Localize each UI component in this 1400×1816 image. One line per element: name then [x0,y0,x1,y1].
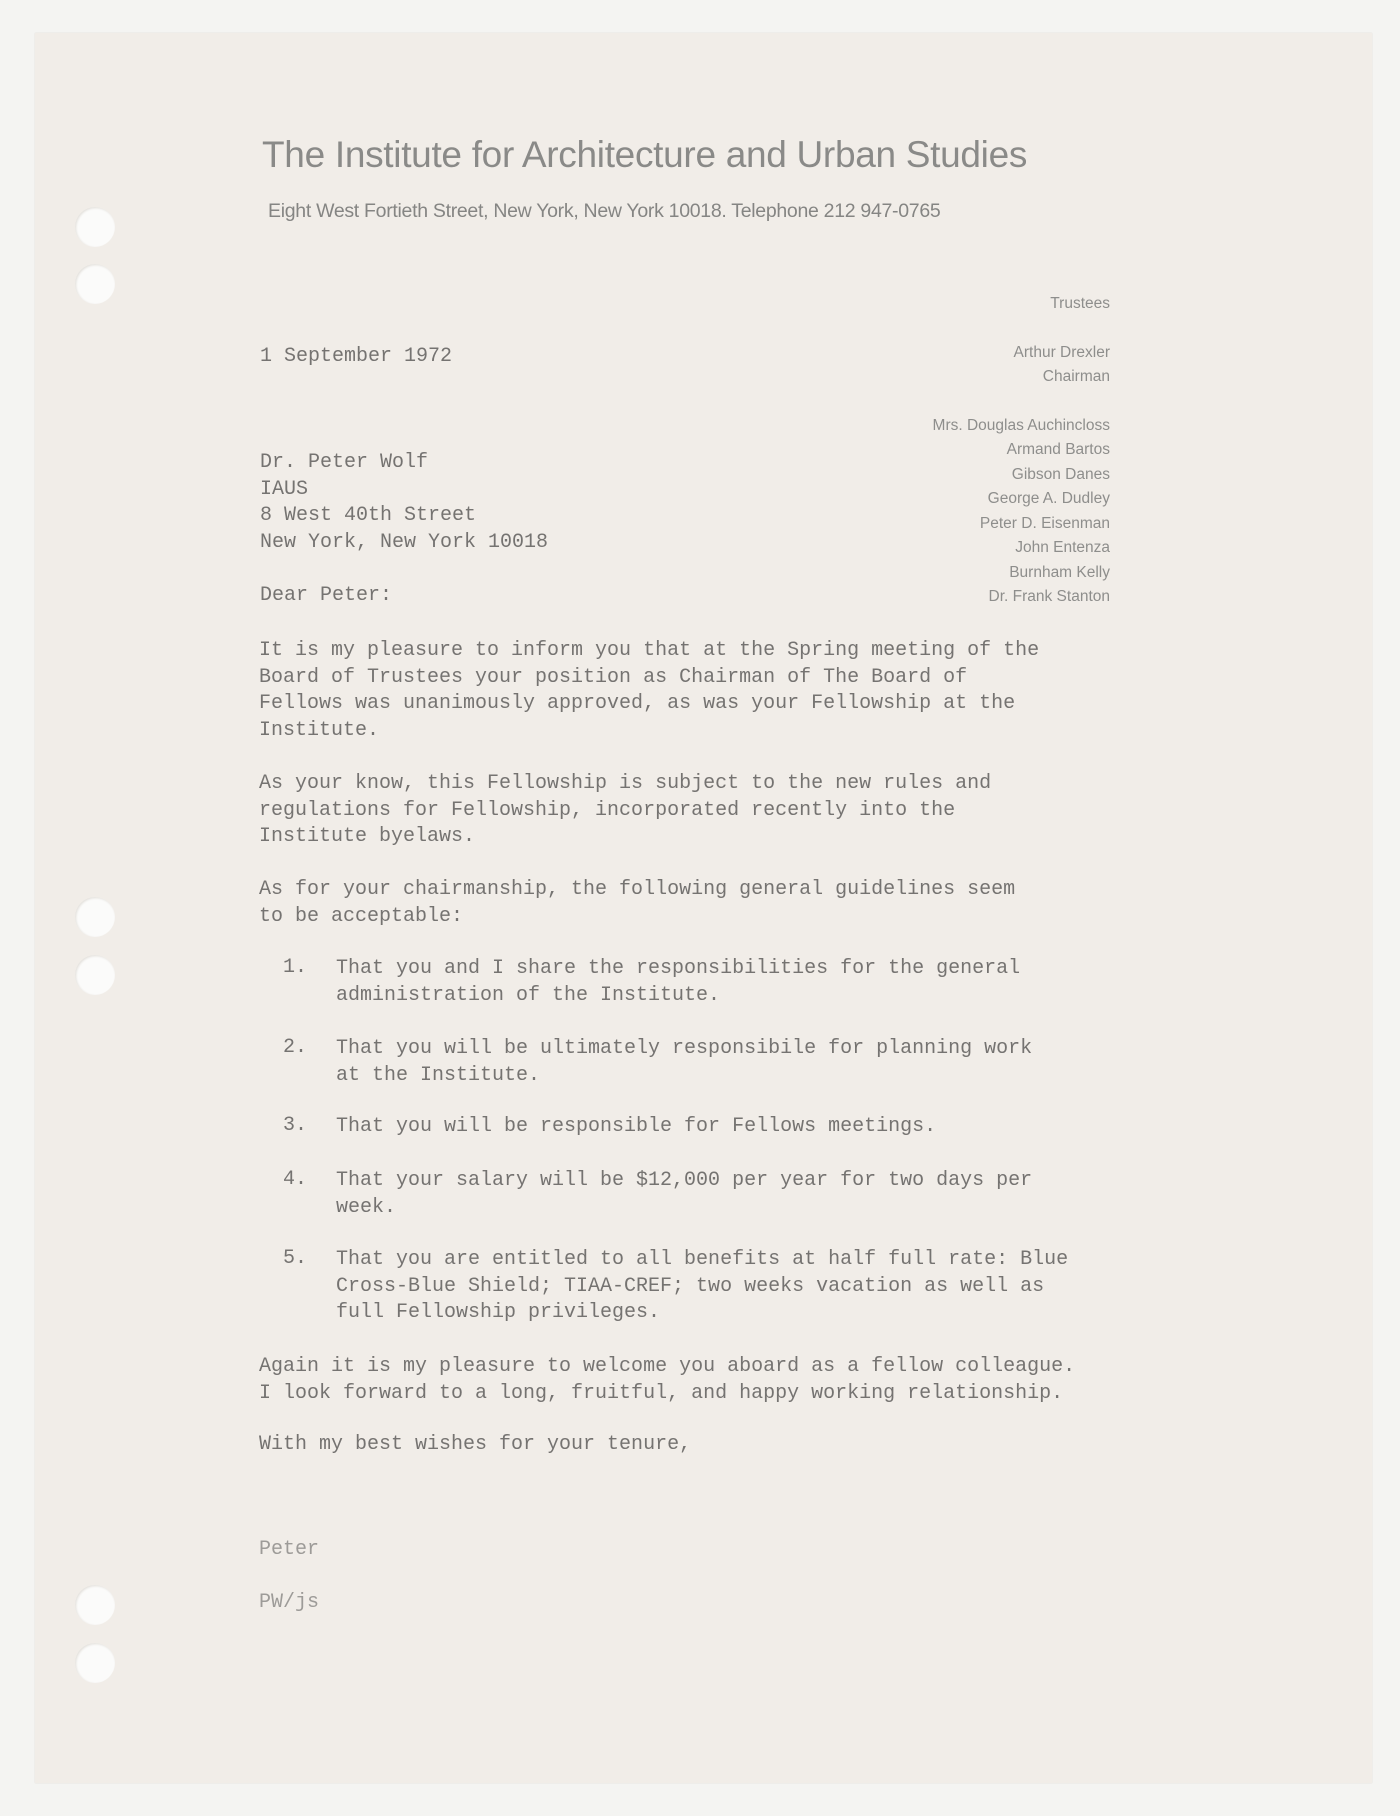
trustee-member: Mrs. Douglas Auchincloss [933,414,1110,439]
recipient-line: IAUS [260,477,548,504]
item-number: 3. [283,1114,307,1137]
recipient-address: Dr. Peter Wolf IAUS 8 West 40th Street N… [260,450,548,556]
trustee-chair-name: Arthur Drexler [933,341,1110,366]
paragraph-line: Institute byelaws. [259,824,991,851]
item-number: 5. [283,1247,307,1270]
paragraph-line: regulations for Fellowship, incorporated… [259,798,991,825]
salutation: Dear Peter: [260,584,392,607]
letterhead-title: The Institute for Architecture and Urban… [262,134,1112,176]
letter-date: 1 September 1972 [260,345,452,368]
paragraph-line: to be acceptable: [259,904,1015,931]
paragraph-line: Institute. [259,718,1039,745]
item-line: Cross-Blue Shield; TIAA-CREF; two weeks … [336,1274,1068,1301]
punch-hole [75,955,115,995]
trustees-heading: Trustees [933,292,1110,317]
paragraph-3: As for your chairmanship, the following … [259,877,1015,930]
paragraph-line: It is my pleasure to inform you that at … [259,638,1039,665]
trustee-member: Burnham Kelly [933,561,1110,586]
item-number: 2. [283,1036,307,1059]
item-line: at the Institute. [336,1063,1032,1090]
trustee-member: George A. Dudley [933,487,1110,512]
trustee-member: Armand Bartos [933,438,1110,463]
trustee-member: John Entenza [933,536,1110,561]
punch-hole [75,264,115,304]
punch-hole [75,207,115,247]
item-line: That you and I share the responsibilitie… [336,956,1020,983]
item-line: That your salary will be $12,000 per yea… [336,1168,1032,1195]
paragraph-1: It is my pleasure to inform you that at … [259,638,1039,744]
item-line: week. [336,1195,1032,1222]
item-number: 4. [283,1168,307,1191]
reference-initials: PW/js [259,1591,319,1614]
signature: Peter [259,1538,319,1561]
paragraph-line: I look forward to a long, fruitful, and … [259,1381,1075,1408]
item-line: That you will be responsible for Fellows… [336,1114,936,1141]
trustee-member: Dr. Frank Stanton [933,585,1110,610]
item-line: That you are entitled to all benefits at… [336,1247,1068,1274]
trustee-chair-title: Chairman [933,365,1110,390]
recipient-line: 8 West 40th Street [260,503,548,530]
punch-hole [75,1585,115,1625]
paragraph-line: As for your chairmanship, the following … [259,877,1015,904]
closing: With my best wishes for your tenure, [259,1433,691,1456]
letterhead-address: Eight West Fortieth Street, New York, Ne… [268,200,1108,223]
punch-hole [75,1643,115,1683]
punch-hole [75,897,115,937]
trustee-member: Gibson Danes [933,463,1110,488]
paragraph-line: Fellows was unanimously approved, as was… [259,691,1039,718]
trustee-member: Peter D. Eisenman [933,512,1110,537]
item-number: 1. [283,956,307,979]
paragraph-line: Board of Trustees your position as Chair… [259,665,1039,692]
paragraph-2: As your know, this Fellowship is subject… [259,771,991,851]
item-line: That you will be ultimately responsibile… [336,1036,1032,1063]
item-line: full Fellowship privileges. [336,1300,1068,1327]
recipient-line: Dr. Peter Wolf [260,450,548,477]
trustees-list: Trustees Arthur Drexler Chairman Mrs. Do… [933,292,1110,610]
recipient-line: New York, New York 10018 [260,530,548,557]
paragraph-line: Again it is my pleasure to welcome you a… [259,1354,1075,1381]
paragraph-line: As your know, this Fellowship is subject… [259,771,991,798]
paragraph-4: Again it is my pleasure to welcome you a… [259,1354,1075,1407]
item-line: administration of the Institute. [336,983,1020,1010]
